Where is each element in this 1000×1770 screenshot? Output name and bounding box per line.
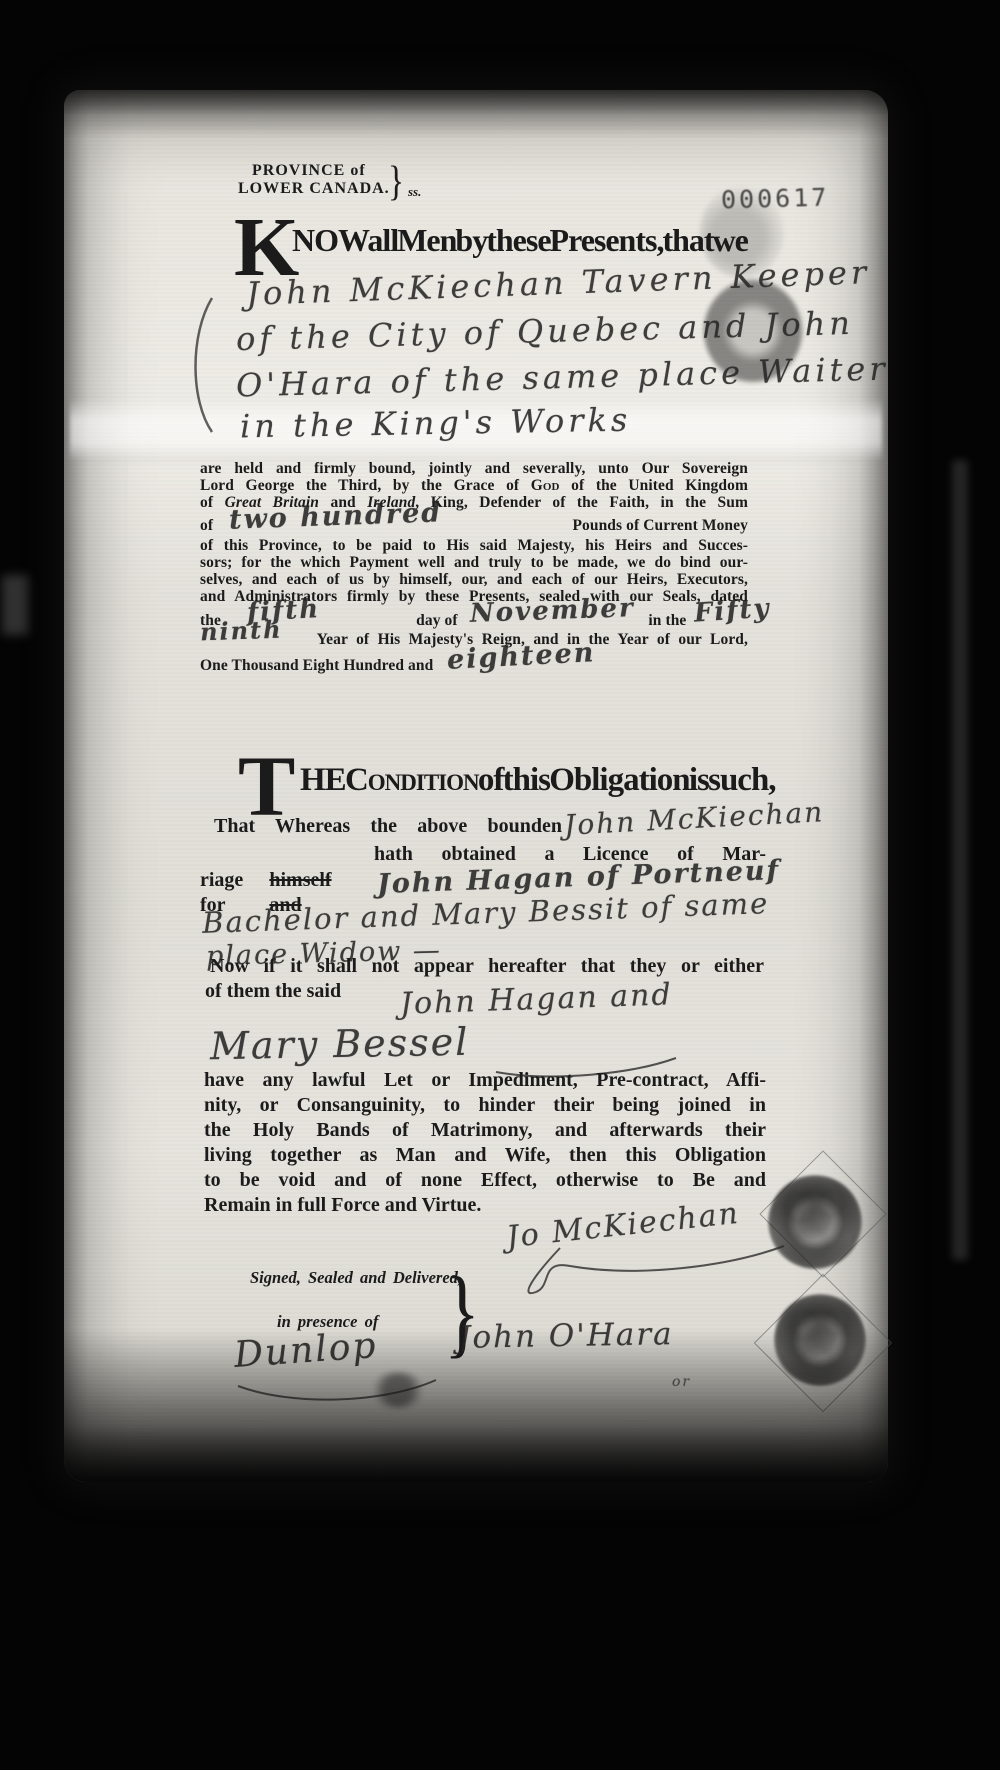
bond-line-5: of this Province, to be paid to His said… [200,537,748,554]
attestation-line-1: Signed, Sealed and Delivered, [250,1268,462,1288]
bond-line-11-print: One Thousand Eight Hundred and [200,657,433,674]
left-bracket-stroke [184,294,216,436]
ss-abbreviation: ss. [408,184,421,200]
final-line-6: Remain in full Force and Virtue. [204,1193,481,1218]
bond-line-4-pounds: Pounds of Current Money [572,517,748,534]
condition-line-6: Now if it shall not appear hereafter tha… [210,954,764,979]
handwritten-year: eighteen [447,644,596,669]
bond-line-2a: Lord George the Third, by the Grace of [200,477,531,494]
province-line-1: PROVINCE of [252,162,366,180]
bond-line-2: Lord George the Third, by the Grace of G… [200,477,748,494]
final-line-1: have any lawful Let or Impediment, Pre-c… [204,1068,766,1093]
bond-line-11: One Thousand Eight Hundred and eighteen [200,648,748,674]
bond-line-2-god: God [531,477,560,494]
bond-line-7: selves, and each of us by himself, our, … [200,571,748,588]
bond-line-4: of two hundred Pounds of Current Money [200,508,748,534]
scan-canvas: PROVINCE of LOWER CANADA. } ss. 000617 K… [0,0,1000,1770]
province-line-2: LOWER CANADA. [238,180,390,198]
handwritten-obligors-line3: O'Hara of the same place Waiter [236,349,889,404]
condition-line-1: That Whereas the above bounden [214,814,562,839]
final-line-3: the Holy Bands of Matrimony, and afterwa… [204,1118,766,1143]
header-brace: } [388,158,404,206]
scan-edge-artifact-right [952,460,968,1260]
condition-headline: HE Condition of this Obligation is such, [300,762,776,799]
final-line-4: living together as Man and Wife, then th… [204,1143,766,1168]
handwritten-month: November [469,600,634,623]
condition-headline-condition: Condition [345,762,479,798]
scan-edge-artifact-left [2,575,28,635]
handwritten-groom-name: John Hagan and [399,977,673,1021]
principal-signature-flourish [500,1240,790,1300]
condition-line-7: of them the said [205,979,341,1004]
bond-line-1: are held and firmly bound, jointly and s… [200,460,748,477]
handwritten-bounden-name: John McKiechan [563,795,825,842]
opening-headline: NOW all Men by these Presents, that we [292,222,748,259]
final-line-2: nity, or Consanguinity, to hinder their … [204,1093,766,1118]
document-page: PROVINCE of LOWER CANADA. } ss. 000617 K… [64,90,888,1482]
bond-line-4-of: of [200,517,213,534]
final-line-5: to be void and of none Effect, otherwise… [204,1168,766,1193]
dropcap-k: K [234,214,299,281]
dropcap-t: T [238,752,295,821]
handwritten-obligors-line4: in the King's Works [240,401,632,446]
handwritten-bride-name: Mary Bessel [210,1020,470,1069]
paper-top-shadow [64,90,888,116]
bond-line-6: sors; for the which Payment well and tru… [200,554,748,571]
handwritten-sum: two hundred [229,504,443,528]
paper-bottom-shadow [64,1328,888,1482]
condition-headline-rest: of this Obligation is such, [479,762,776,798]
handwritten-regnal-2: ninth [200,621,283,641]
condition-headline-he: HE [300,762,345,798]
bond-line-2c: of the United Kingdom [560,477,748,494]
handwritten-regnal-1: Fifty [694,600,772,622]
